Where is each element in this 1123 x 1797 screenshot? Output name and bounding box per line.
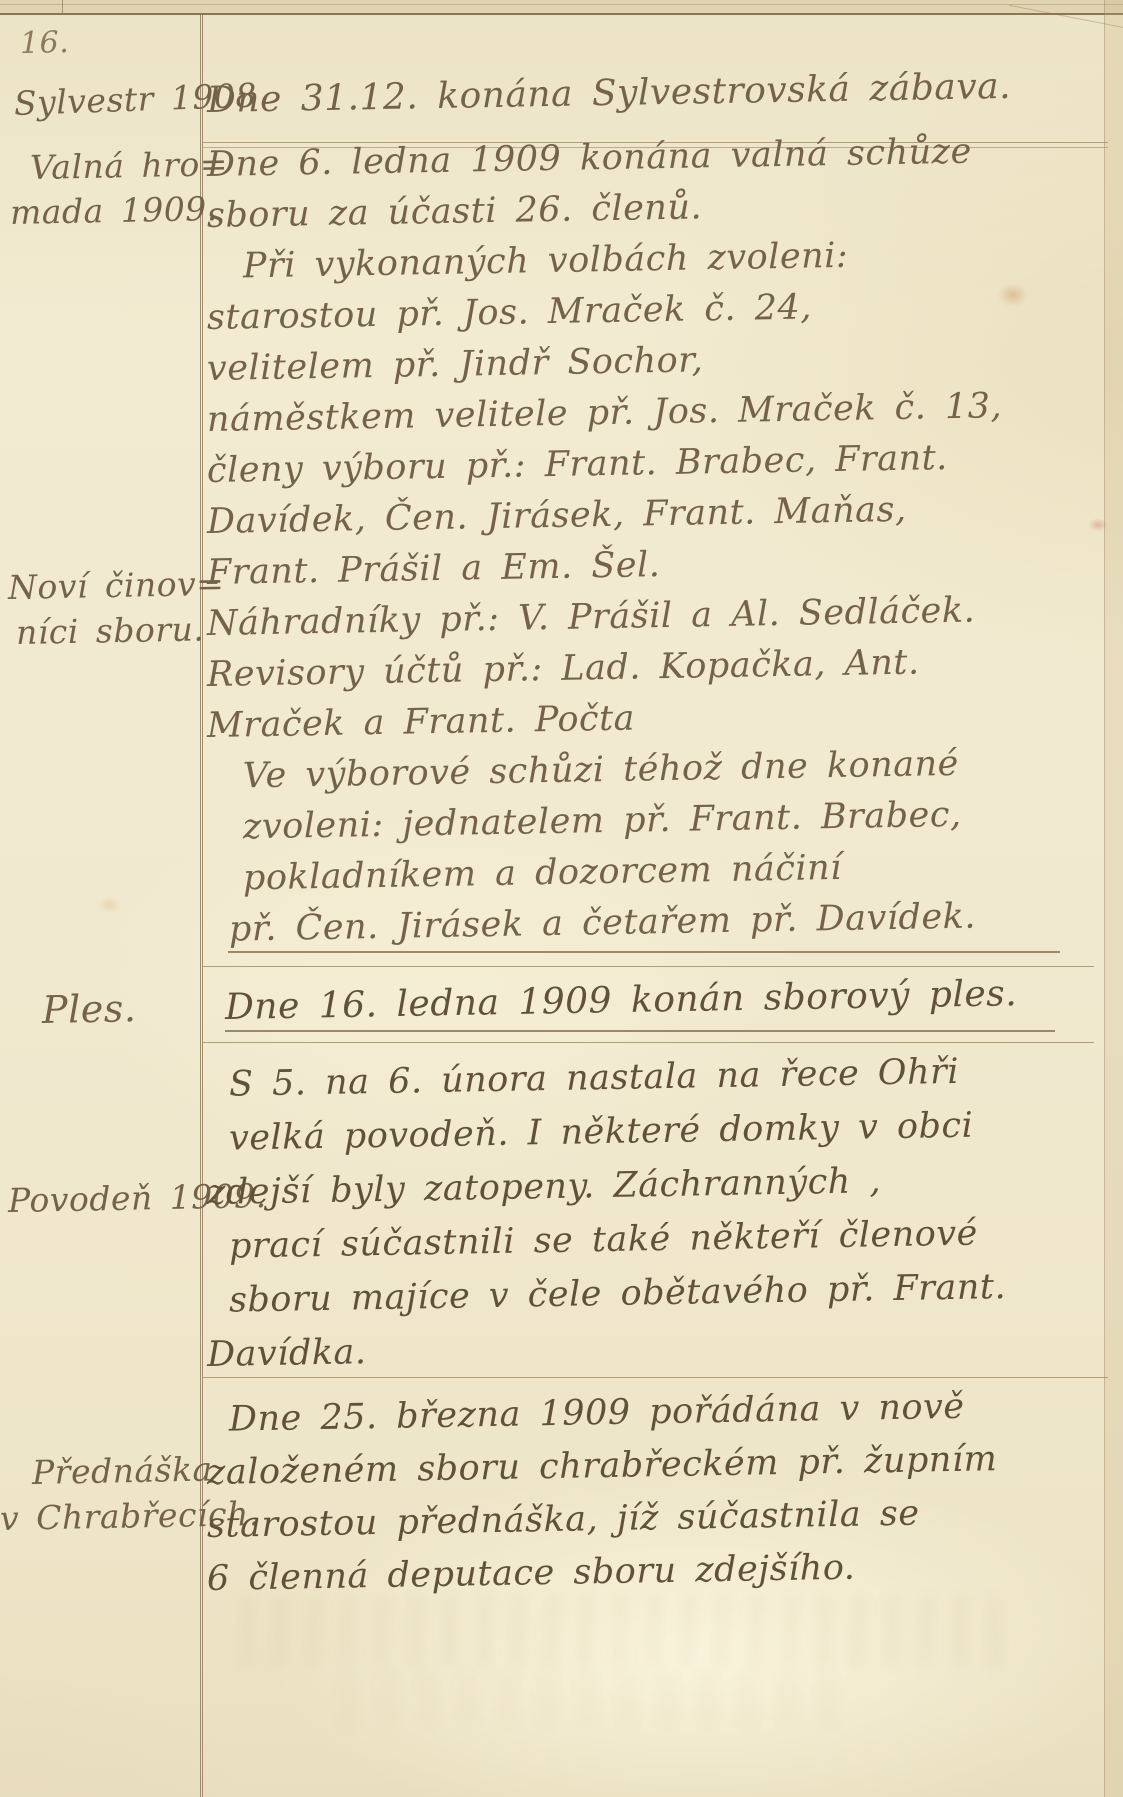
entry-povoden: S 5. na 6. února nastala na řece Ohři ve… bbox=[207, 1058, 1006, 1382]
page-number: 16. bbox=[20, 25, 70, 61]
paper-stain bbox=[96, 896, 122, 914]
entry-line: Dne 31.12. konána Sylvestrovská zábava. bbox=[206, 58, 1011, 130]
entry-ples: Dne 16. ledna 1909 konán sborový ples. bbox=[225, 980, 1017, 1036]
section-separator-rule bbox=[202, 1042, 1094, 1043]
entry-valna-hromada: Dne 6. ledna 1909 konána valná schůze sb… bbox=[207, 140, 1002, 956]
top-horizontal-rule bbox=[0, 13, 1123, 15]
entry-prednaska: Dne 25. března 1909 pořádána v nově zalo… bbox=[207, 1394, 997, 1606]
ruling-tick bbox=[62, 0, 63, 13]
paper-stain bbox=[998, 283, 1028, 307]
entry-sylvestr: Dne 31.12. konána Sylvestrovská zábava. bbox=[207, 72, 1011, 130]
ink-bleedthrough-smudge bbox=[340, 1672, 860, 1726]
margin-heading-novi-cinovnici: Noví činov= bbox=[8, 564, 225, 607]
margin-heading-novi-cinovnici: níci sboru. bbox=[16, 609, 205, 652]
ink-bleedthrough-smudge bbox=[240, 1596, 1000, 1666]
margin-heading-prednaska: Přednáška bbox=[32, 1450, 213, 1492]
margin-heading-ples: Ples. bbox=[42, 986, 137, 1032]
margin-heading-valna-hromada: Valná hro= bbox=[30, 144, 229, 187]
margin-heading-valna-hromada: mada 1909. bbox=[10, 189, 218, 232]
page-top-edge-shade bbox=[0, 0, 1123, 13]
entry-line: Dne 16. ledna 1909 konán sborový ples. bbox=[225, 966, 1018, 1036]
ledger-page: 16. Sylvestr 1908 Valná hro= mada 1909. … bbox=[0, 0, 1123, 1797]
top-horizontal-rule bbox=[0, 4, 1123, 5]
page-edge-shade bbox=[1105, 0, 1123, 1797]
